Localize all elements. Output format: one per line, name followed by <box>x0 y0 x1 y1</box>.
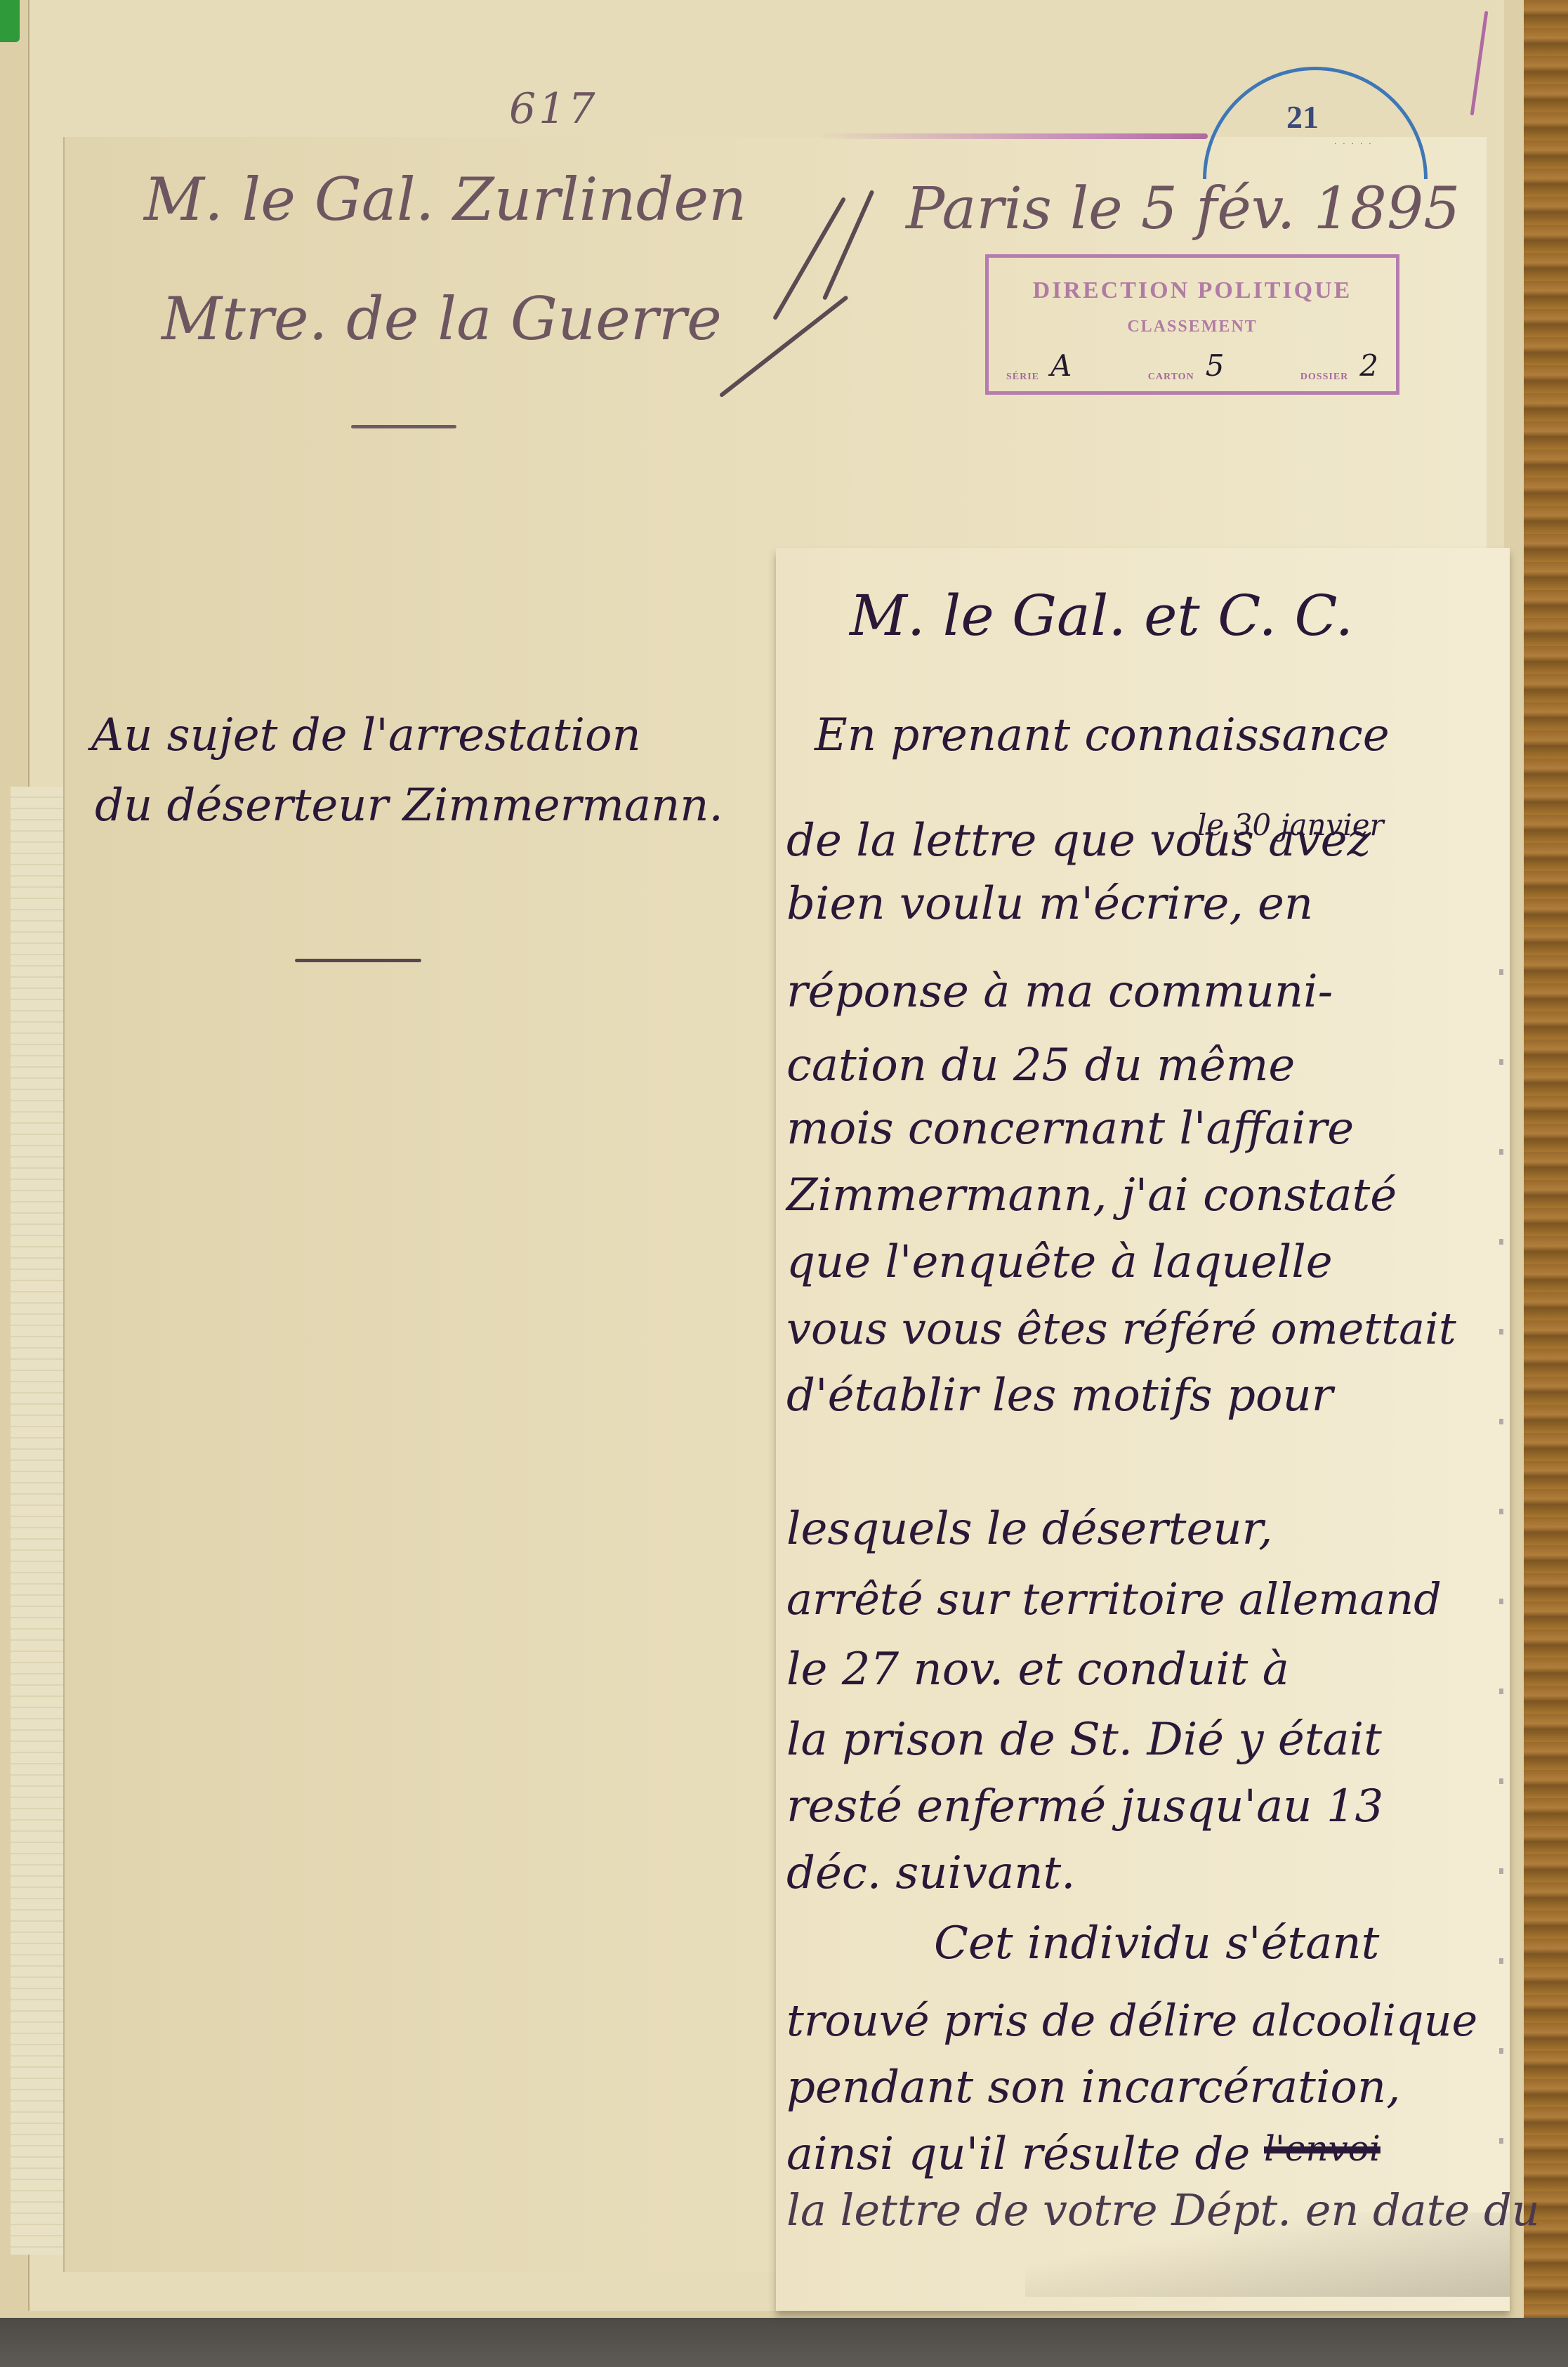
body-line: d'établir les motifs pour <box>786 1370 1333 1422</box>
stamp-subtitle: CLASSEMENT <box>989 317 1396 336</box>
body-line: lesquels le déserteur, <box>786 1503 1272 1555</box>
body-line: bien voulu m'écrire, en <box>786 878 1313 930</box>
header-underline <box>351 425 456 428</box>
green-folder-tab <box>0 0 20 42</box>
stamp-title: DIRECTION POLITIQUE <box>989 277 1396 304</box>
body-line: de la lettre que vous avez <box>786 815 1371 867</box>
stamp-field-carton: CARTON 5 <box>1148 348 1244 383</box>
carton-value: 5 <box>1206 348 1225 383</box>
body-line: le 27 nov. et conduit à <box>786 1644 1289 1696</box>
subject-underline <box>295 959 421 962</box>
body-line: mois concernant l'affaire <box>786 1103 1354 1155</box>
body-line: cation du 25 du même <box>786 1040 1295 1091</box>
body-line: que l'enquête à laquelle <box>786 1236 1333 1288</box>
dossier-value: 2 <box>1359 348 1378 383</box>
place-date: Paris le 5 fév. 1895 <box>906 176 1460 242</box>
body-line: resté enfermé jusqu'au 13 <box>786 1781 1383 1832</box>
carton-label: CARTON <box>1148 372 1194 383</box>
body-line: réponse à ma communi- <box>786 966 1333 1018</box>
body-line: En prenant connaissance <box>815 709 1390 761</box>
stamp-field-serie: SÉRIE A <box>1006 348 1091 383</box>
struck-text: l'envoi <box>1264 2128 1381 2169</box>
body-line: trouvé pris de délire alcoolique <box>786 1995 1477 2046</box>
serie-label: SÉRIE <box>1006 372 1039 383</box>
pasted-text-slip <box>776 548 1510 2311</box>
folio-stamp-number: 21 <box>1286 98 1319 136</box>
body-line: la lettre de votre Dépt. en date du <box>786 2184 1540 2236</box>
body-line: la prison de St. Dié y était <box>786 1714 1382 1766</box>
dossier-label: DOSSIER <box>1300 372 1348 383</box>
margin-tick-marks <box>1499 885 1503 2220</box>
subject-line-1: Au sujet de l'arrestation <box>91 709 641 761</box>
stamp-fields: SÉRIE A CARTON 5 DOSSIER 2 <box>1006 341 1378 383</box>
body-line: arrêté sur territoire allemand <box>786 1573 1442 1625</box>
body-line: vous vous êtes référé omettait <box>786 1303 1456 1354</box>
subject-line-2: du déserteur Zimmermann. <box>95 780 723 832</box>
reference-number: 617 <box>509 84 598 133</box>
cloth-background <box>0 2318 1568 2367</box>
salutation: M. le Gal. et C. C. <box>850 583 1353 648</box>
recipient-line-1: M. le Gal. Zurlinden <box>144 165 746 234</box>
recipient-line-2: Mtre. de la Guerre <box>162 284 722 353</box>
classification-stamp: DIRECTION POLITIQUE CLASSEMENT SÉRIE A C… <box>985 254 1399 395</box>
stamp-field-dossier: DOSSIER 2 <box>1300 348 1378 383</box>
body-line: déc. suivant. <box>786 1847 1076 1899</box>
left-margin-strip <box>11 787 67 2255</box>
body-line: Cet individu s'étant <box>934 1917 1379 1969</box>
folio-stamp-subtext: · · · · · <box>1334 140 1373 148</box>
serie-value: A <box>1050 348 1072 383</box>
body-line: ainsi qu'il résulte de <box>786 2128 1250 2180</box>
purple-crayon-line <box>815 133 1208 139</box>
body-line: pendant son incarcération, <box>786 2061 1400 2113</box>
body-line: Zimmermann, j'ai constaté <box>786 1169 1397 1221</box>
